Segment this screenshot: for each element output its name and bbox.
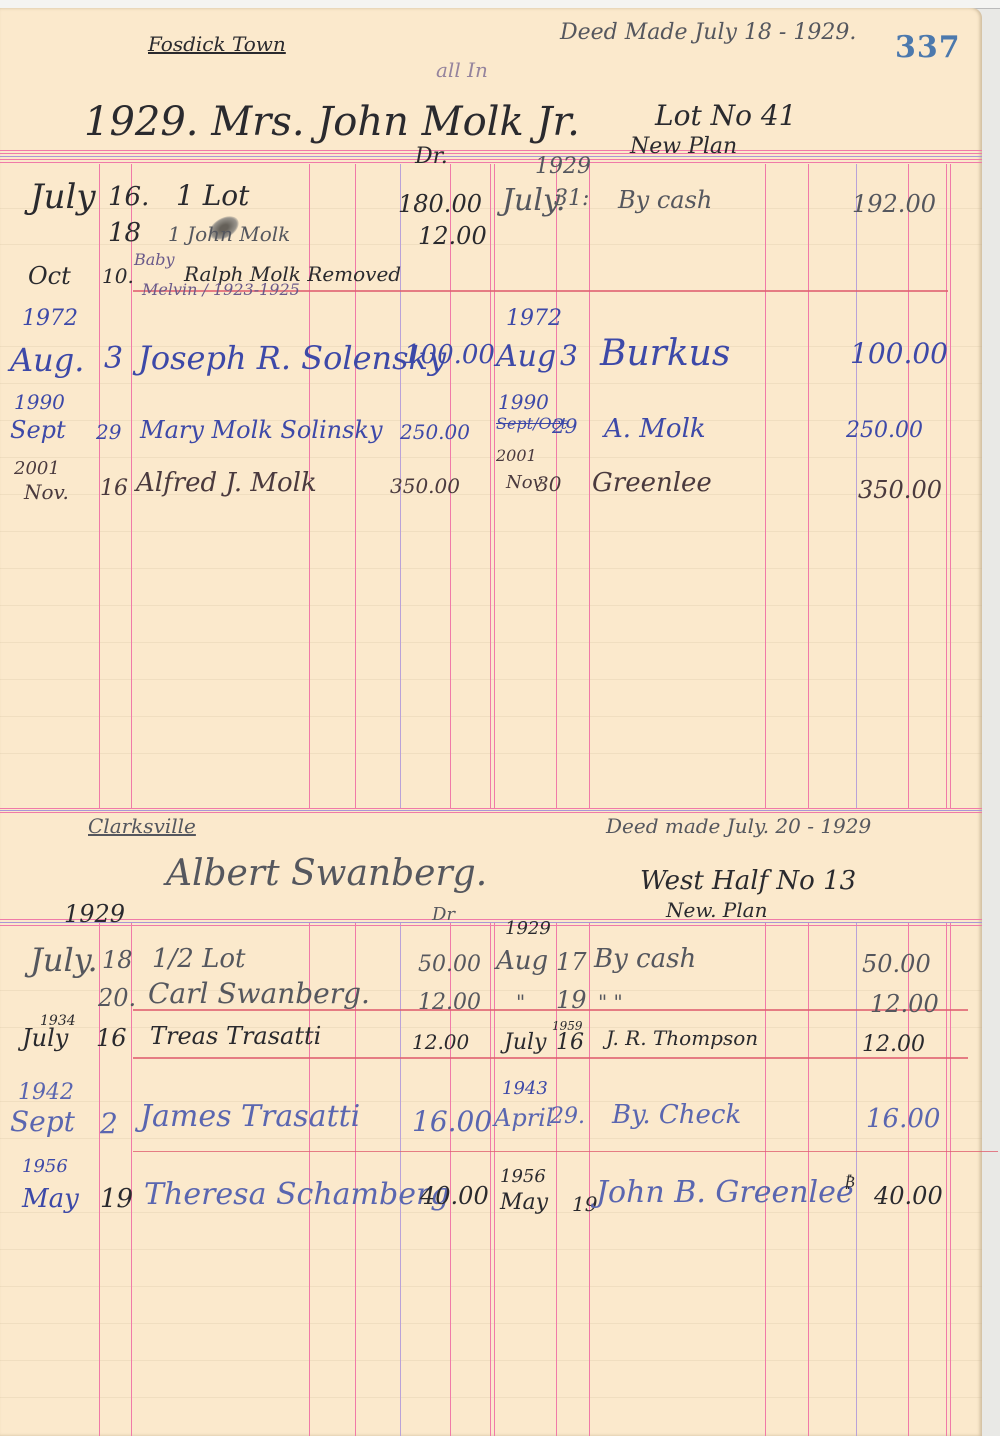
ledger-cell: 3: [104, 344, 123, 374]
ledger-cell: ₿: [844, 1174, 855, 1190]
ledger-cell: 20.: [98, 986, 136, 1010]
ledger-cell: 18: [108, 220, 141, 246]
ledger-cell: 12.00: [418, 224, 487, 248]
ledger-cell: Aug.: [10, 344, 84, 376]
ledger-cell: 19: [556, 988, 587, 1012]
credit-year: 1929: [535, 156, 591, 178]
ledger-cell: 16.: [108, 184, 149, 210]
ledger-cell: May: [500, 1192, 548, 1214]
plan-label: New. Plan: [666, 900, 767, 920]
ledger-cell: 180.00: [398, 192, 482, 216]
ledger-cell: 40.00: [420, 1184, 489, 1208]
ledger-cell: 29: [96, 422, 121, 442]
ledger-cell: July: [504, 1032, 546, 1054]
ledger-cell: Aug: [496, 948, 548, 974]
ledger-cell: Oct: [28, 264, 71, 288]
ledger-cell: 31:: [554, 188, 589, 210]
ledger-cell: 12.00: [418, 992, 481, 1014]
ledger-cell: 192.00: [852, 192, 936, 216]
ledger-cell: 1990: [14, 392, 65, 412]
ledger-cell: 100.00: [850, 340, 948, 368]
ledger-cell: May: [22, 1186, 79, 1212]
deed-note: Deed made July. 20 - 1929: [606, 816, 871, 836]
ledger-cell: Burkus: [600, 336, 730, 372]
debit-label: Dr: [432, 906, 455, 924]
debit-year: 1929: [64, 902, 125, 926]
plan-label: New Plan: [630, 136, 737, 158]
ledger-cell: 1972: [22, 308, 78, 330]
separator-line: [133, 1151, 998, 1152]
ledger-cell: 250.00: [846, 420, 923, 442]
ledger-cell: 1972: [506, 308, 562, 330]
ledger-cell: 350.00: [858, 478, 942, 502]
ledger-page: 337 Fosdick Town Deed Made July 18 - 192…: [0, 8, 982, 1436]
ledger-cell: July: [30, 180, 96, 214]
ledger-cell: Melvin / 1923-1925: [142, 282, 300, 298]
ledger-cell: Carl Swanberg.: [148, 980, 370, 1008]
location-label: Clarksville: [88, 816, 196, 836]
ledger-cell: 1 John Molk: [168, 224, 290, 244]
ledger-cell: By. Check: [612, 1102, 741, 1128]
ledger-cell: 29: [552, 416, 577, 436]
page-number-stamp: 337: [895, 30, 961, 65]
ledger-cell: 10.: [102, 266, 134, 286]
ledger-cell: Baby: [134, 252, 175, 268]
ledger-cell: 18: [102, 948, 133, 972]
ledger-cell: Mary Molk Solinsky: [140, 418, 383, 442]
ledger-cell: 100.00: [404, 342, 495, 368]
ledger-cell: 50.00: [862, 952, 931, 976]
ledger-cell: John B. Greenlee: [596, 1178, 854, 1208]
ledger-cell: 1956: [22, 1158, 68, 1176]
lot-number: West Half No 13: [640, 868, 856, 894]
separator-line: [133, 1057, 968, 1059]
ledger-cell: 12.00: [412, 1032, 469, 1052]
ledger-cell: 50.00: [418, 954, 481, 976]
ledger-cell: 16: [556, 1032, 584, 1054]
ledger-cell: 19: [572, 1194, 597, 1214]
ledger-cell: 2001: [496, 448, 537, 464]
account-title: Albert Swanberg.: [166, 856, 487, 892]
debit-label: Dr.: [415, 146, 448, 168]
ledger-cell: 2001: [14, 460, 60, 478]
credit-year: 1929: [505, 920, 551, 938]
ledger-cell: 1943: [502, 1080, 548, 1098]
deed-note: Deed Made July 18 - 1929.: [560, 22, 856, 44]
ledger-cell: 16.00: [412, 1108, 492, 1136]
ledger-cell: By cash: [618, 188, 712, 212]
ledger-cell: Alfred J. Molk: [136, 470, 317, 496]
ledger-cell: 16: [100, 478, 128, 500]
ledger-cell: Sept: [10, 1108, 75, 1136]
ledger-cell: 1990: [498, 392, 549, 412]
ledger-cell: Greenlee: [592, 470, 712, 496]
ledger-cell: Joseph R. Solensky: [138, 342, 446, 374]
lot-number: Lot No 41: [655, 102, 797, 130]
annotation-note: all In: [436, 60, 488, 80]
ledger-cell: 1956: [500, 1168, 546, 1186]
ledger-cell: 250.00: [400, 422, 470, 442]
ledger-cell: Sept: [10, 418, 66, 442]
ledger-cell: 350.00: [390, 476, 460, 496]
ledger-cell: Treas Trasatti: [150, 1024, 321, 1048]
ledger-cell: 1 Lot: [176, 182, 249, 210]
ledger-cell: July.: [30, 944, 98, 976]
ledger-cell: 16.00: [866, 1106, 940, 1132]
ledger-cell: 12.00: [862, 1034, 925, 1056]
ledger-cell: 29.: [550, 1106, 585, 1128]
ledger-cell: 16: [96, 1026, 127, 1050]
ledger-cell: " ": [598, 992, 623, 1012]
ledger-cell: Nov.: [24, 482, 69, 502]
location-label: Fosdick Town: [148, 34, 286, 54]
ledger-cell: 12.00: [870, 992, 939, 1016]
ledger-cell: Aug: [496, 342, 556, 372]
ledger-cell: James Trasatti: [140, 1102, 360, 1132]
ledger-cell: ": [516, 992, 525, 1012]
ledger-cell: 3: [560, 342, 578, 370]
ledger-cell: J. R. Thompson: [606, 1028, 758, 1048]
ledger-cell: July: [22, 1026, 68, 1050]
account-title: 1929. Mrs. John Molk Jr.: [84, 102, 580, 142]
ledger-cell: 19: [100, 1186, 133, 1212]
ledger-cell: Theresa Schamberg: [144, 1180, 450, 1210]
ledger-cell: 40.00: [874, 1184, 943, 1208]
ledger-cell: A. Molk: [604, 416, 706, 442]
ledger-cell: 1/2 Lot: [152, 946, 245, 972]
ledger-cell: 2: [100, 1110, 118, 1138]
ledger-cell: 1942: [18, 1082, 74, 1104]
ledger-cell: April: [494, 1106, 554, 1130]
ledger-cell: 30: [536, 474, 561, 494]
ledger-cell: By cash: [594, 946, 696, 972]
ledger-cell: 17: [556, 950, 587, 974]
